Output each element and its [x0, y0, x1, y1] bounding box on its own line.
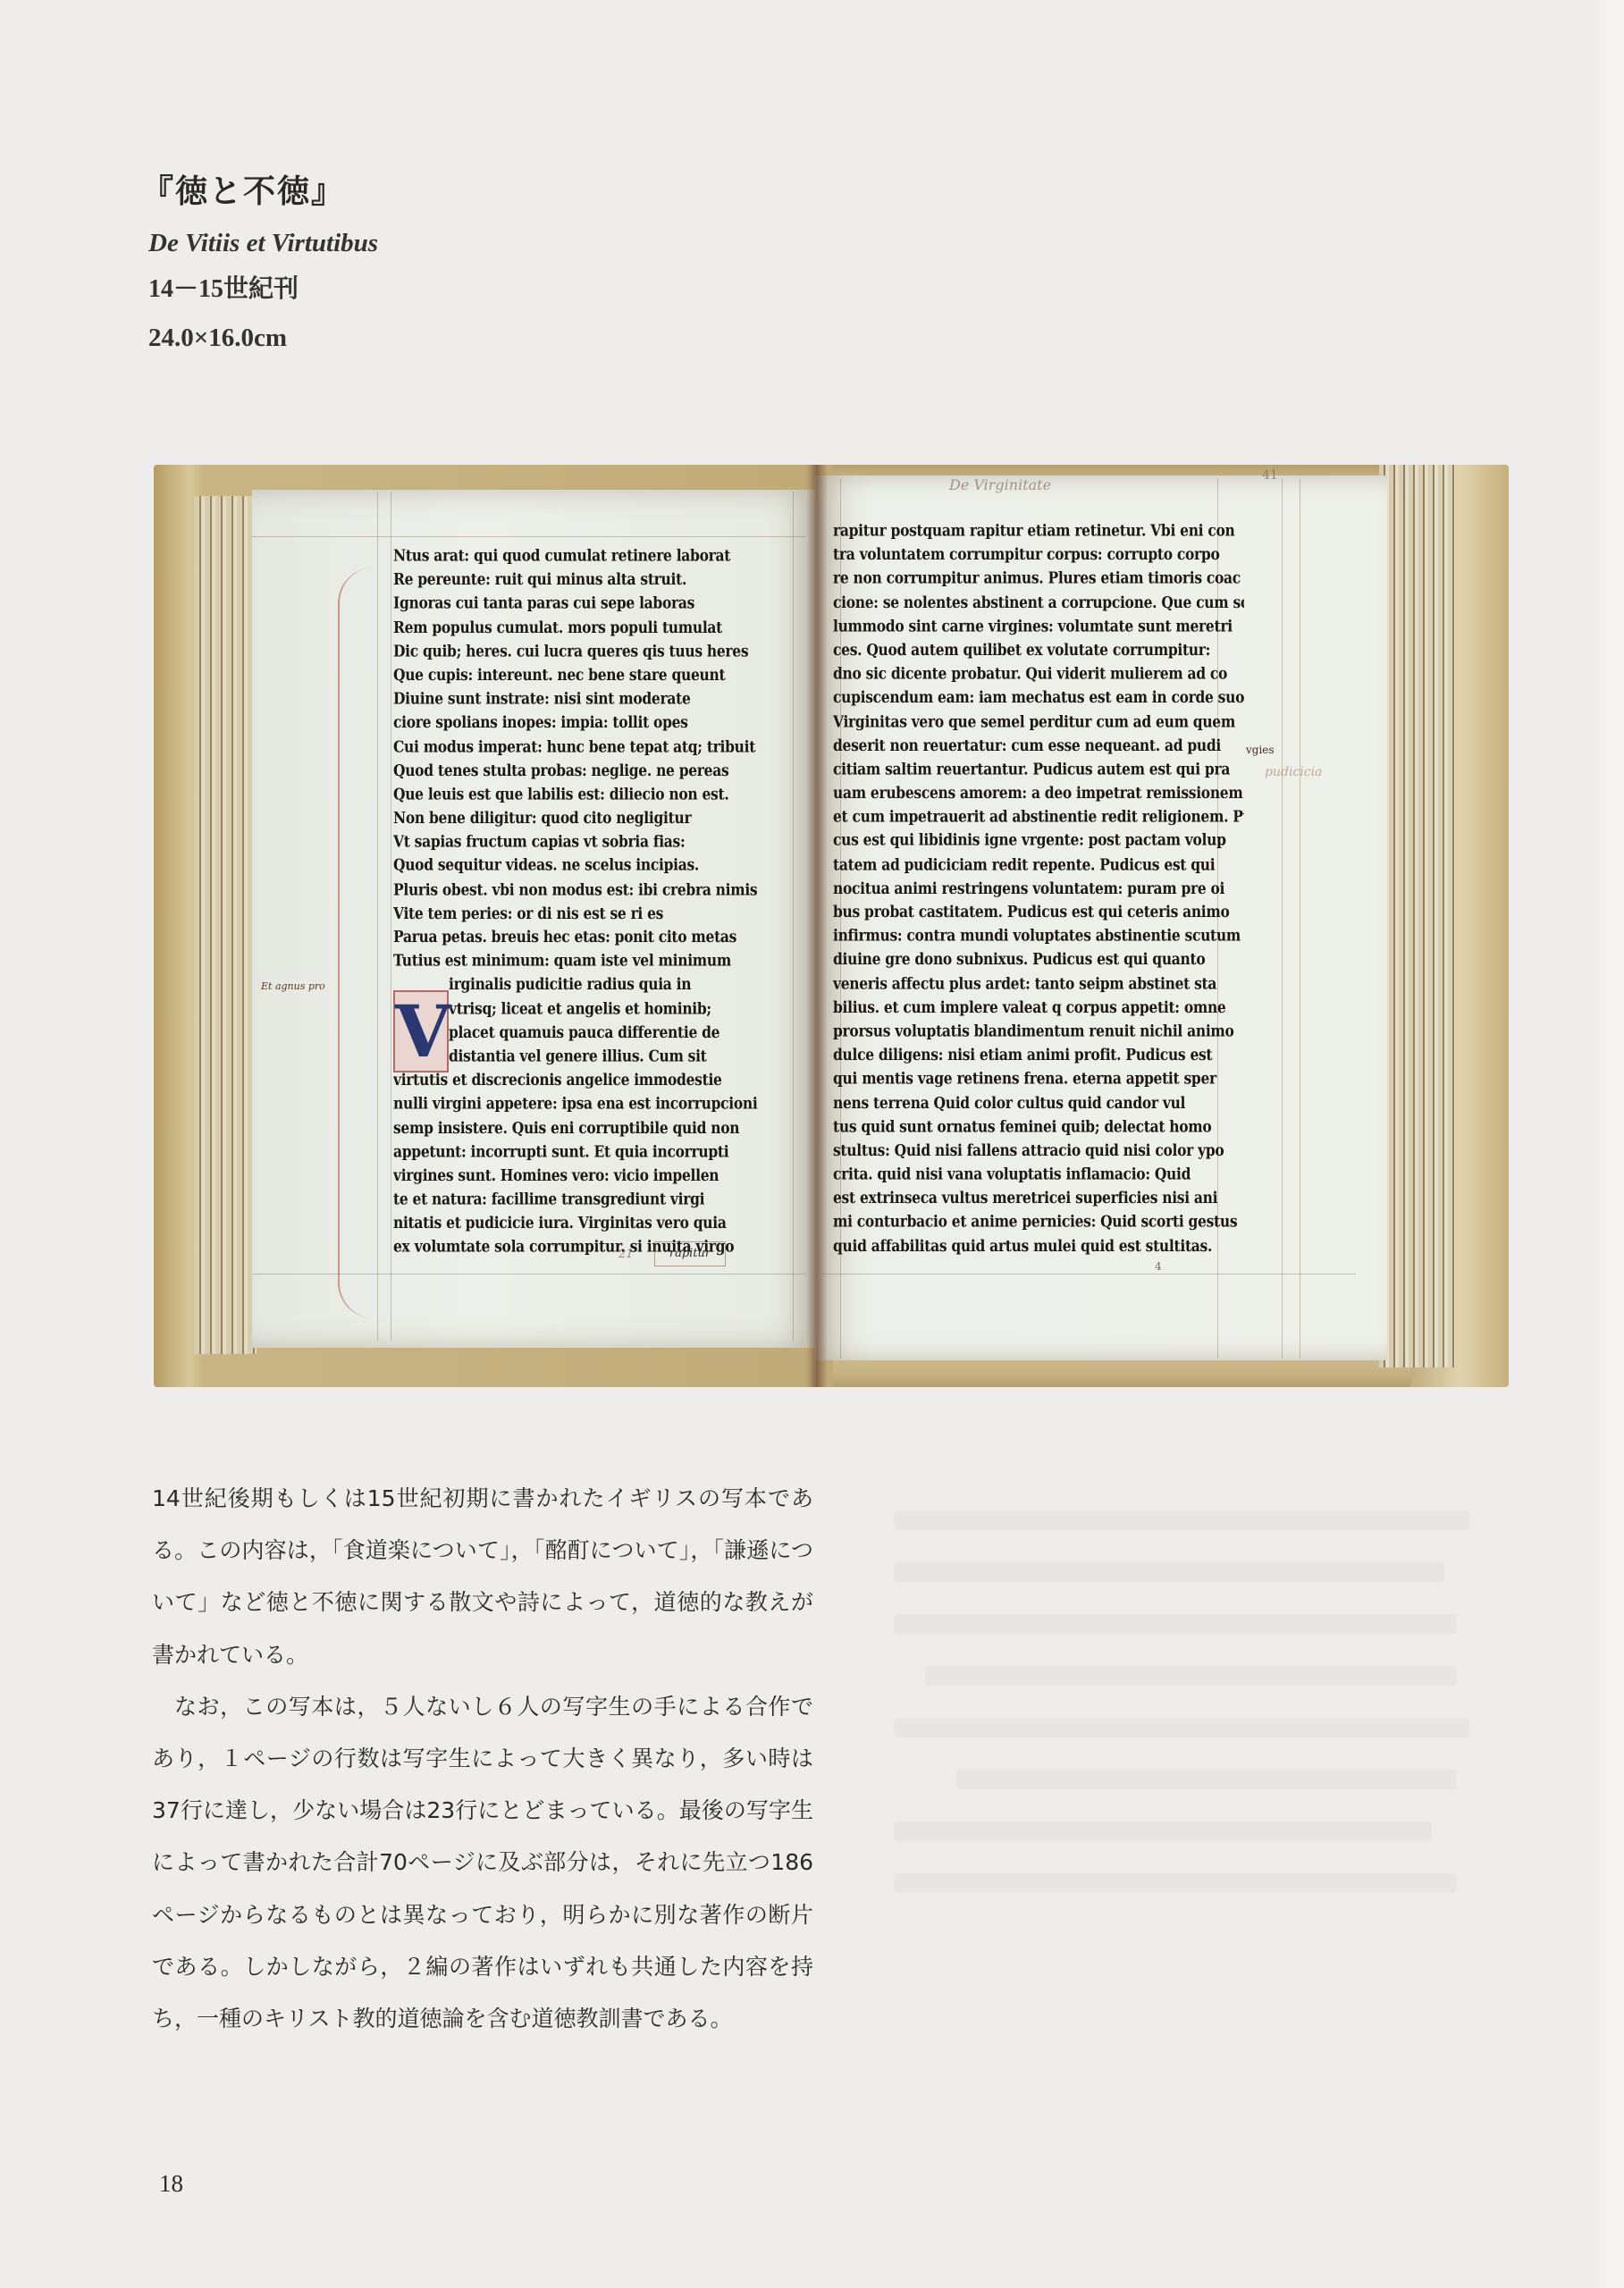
description-text: 14世紀後期もしくは15世紀初期に書かれたイギリスの写本である。この内容は，「食… — [152, 1473, 813, 2045]
right-page-text: rapitur postquam rapitur etiam retinetur… — [833, 518, 1244, 1258]
running-head: De Virginitate — [949, 476, 1051, 493]
signature-mark: 4 — [1155, 1260, 1162, 1273]
left-page-text: Ntus arat: qui quod cumulat retinere lab… — [393, 543, 795, 1258]
ruling-line — [252, 1274, 806, 1274]
page-edge-strip — [1597, 0, 1624, 2288]
page-edges-right — [1379, 465, 1455, 1367]
show-through-text — [894, 1510, 1519, 1930]
page-edges-left — [194, 496, 257, 1354]
catchword: rapitur — [654, 1241, 726, 1266]
right-margin-note: vgies — [1246, 744, 1275, 756]
page-number: 18 — [159, 2170, 183, 2198]
latin-title: De Vitiis et Virtutibus — [148, 225, 378, 261]
illuminated-initial-v: V — [393, 990, 449, 1072]
book-gutter — [806, 465, 828, 1387]
ruling-line — [1282, 478, 1283, 1358]
catchword-number: 21 — [618, 1248, 634, 1261]
left-margin-note: Et agnus pro — [261, 980, 325, 992]
dimensions: 24.0×16.0cm — [148, 320, 378, 356]
manuscript-photo: Ntus arat: qui quod cumulat retinere lab… — [154, 465, 1509, 1387]
ruling-line — [820, 1274, 1356, 1274]
folio-number: 41 — [1262, 468, 1278, 483]
entry-title: 『徳と不徳』 — [141, 170, 378, 213]
paragraph-2: なお，この写本は，５人ないし６人の写字生の手による合作であり，１ページの行数は写… — [152, 1681, 813, 2045]
ruling-line — [1300, 478, 1300, 1358]
paragraph-1: 14世紀後期もしくは15世紀初期に書かれたイギリスの写本である。この内容は，「食… — [152, 1473, 813, 1681]
ruling-line — [252, 536, 806, 537]
catalog-entry-header: 『徳と不徳』 De Vitiis et Virtutibus 14－15世紀刊 … — [148, 170, 378, 356]
publication-date: 14－15世紀刊 — [148, 272, 378, 307]
right-margin-note-faded: pudicicia — [1265, 765, 1322, 779]
